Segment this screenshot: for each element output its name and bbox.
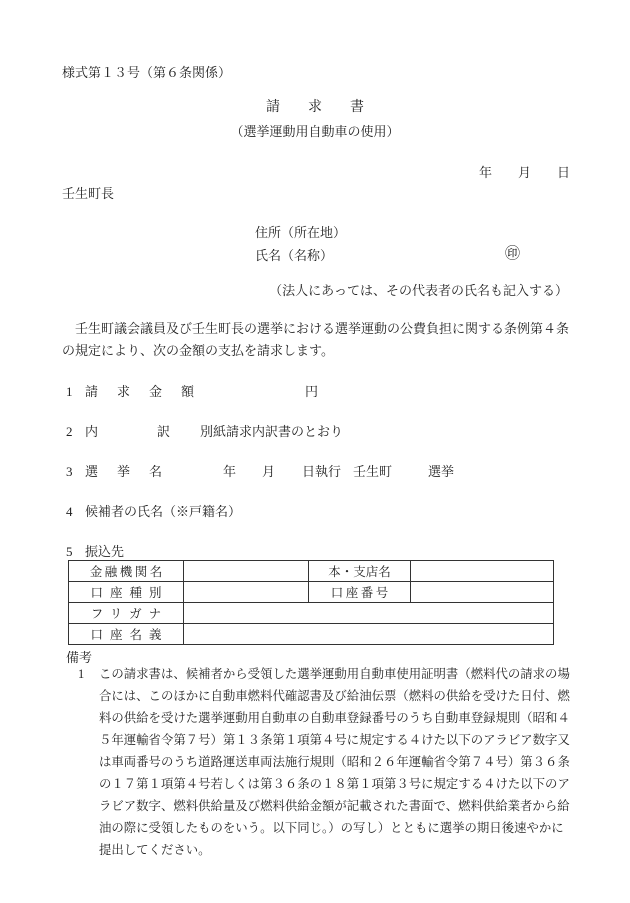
corporate-note: （法人にあっては、その代表者の氏名も記入する） xyxy=(269,283,568,299)
item-3-day-exec: 日執行 xyxy=(302,464,341,480)
item-3-year: 年 xyxy=(223,464,236,480)
bank-table-row-1: 金融機関名 本・支店名 xyxy=(69,561,554,582)
date-line: 年 月 日 xyxy=(479,165,570,181)
furigana-value xyxy=(184,603,554,624)
item-3-label: 選挙名 xyxy=(85,464,181,480)
item-3-election: 選挙 xyxy=(428,464,454,480)
item-1-number: 1 xyxy=(66,384,73,400)
bank-table-row-2: 口座種別 口座番号 xyxy=(69,582,554,603)
address-label: 住所（所在地） xyxy=(255,225,346,241)
bank-table-row-3: フリガナ xyxy=(69,603,554,624)
account-holder-label: 口座名義 xyxy=(69,624,184,645)
name-label: 氏名（名称） xyxy=(255,248,333,264)
account-number-label: 口座番号 xyxy=(309,582,411,603)
item-3-town: 壬生町 xyxy=(353,464,392,480)
financial-institution-value xyxy=(184,561,309,582)
item-2-label-left: 内 xyxy=(85,424,98,440)
remarks-item-number: 1 xyxy=(78,666,84,682)
item-3-month: 月 xyxy=(262,464,275,480)
item-5-label: 振込先 xyxy=(85,544,124,560)
furigana-label: フリガナ xyxy=(69,603,184,624)
item-1-label: 請求金額 xyxy=(85,384,213,400)
account-type-value xyxy=(184,582,309,603)
item-3-number: 3 xyxy=(66,464,73,480)
item-2-value: 別紙請求内訳書のとおり xyxy=(200,424,343,440)
item-5-number: 5 xyxy=(66,544,73,560)
form-number: 様式第１３号（第６条関係） xyxy=(62,65,231,81)
financial-institution-label: 金融機関名 xyxy=(69,561,184,582)
item-2-number: 2 xyxy=(66,424,73,440)
document-title: 請 求 書 xyxy=(0,100,630,116)
seal-stamp-icon: ㊞ xyxy=(505,246,520,262)
body-paragraph: 壬生町議会議員及び壬生町長の選挙における選挙運動の公費負担に関する条例第４条の規… xyxy=(62,318,570,362)
item-4-number: 4 xyxy=(66,504,73,520)
addressee: 壬生町長 xyxy=(62,186,114,202)
branch-value xyxy=(411,561,554,582)
bank-table-row-4: 口座名義 xyxy=(69,624,554,645)
item-1-unit: 円 xyxy=(305,384,318,400)
document-page: 様式第１３号（第６条関係） 請 求 書 （選挙運動用自動車の使用） 年 月 日 … xyxy=(0,0,630,903)
account-type-label: 口座種別 xyxy=(69,582,184,603)
account-number-value xyxy=(411,582,554,603)
remarks-heading: 備考 xyxy=(66,650,92,666)
item-4-label: 候補者の氏名（※戸籍名） xyxy=(85,504,241,520)
item-2-label-right: 訳 xyxy=(157,424,170,440)
bank-transfer-table: 金融機関名 本・支店名 口座種別 口座番号 フリガナ 口座名義 xyxy=(68,560,554,645)
document-subtitle: （選挙運動用自動車の使用） xyxy=(0,124,630,140)
account-holder-value xyxy=(184,624,554,645)
remarks-text: この請求書は、候補者から受領した選挙運動用自動車使用証明書（燃料代の請求の場合に… xyxy=(99,663,572,861)
branch-label: 本・支店名 xyxy=(309,561,411,582)
